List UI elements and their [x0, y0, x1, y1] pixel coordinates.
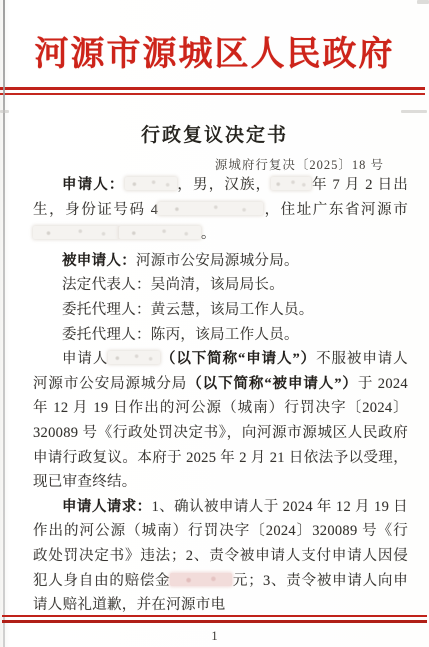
redaction-applicant-name [125, 177, 177, 190]
respondent-block: 被申请人：河源市公安局源城分局。 法定代表人：吴尚清，该局局长。 委托代理人：黄… [33, 249, 408, 347]
applicant-label: 申请人： [62, 177, 125, 193]
alias-respondent: （以下简称“被申请人”） [187, 376, 358, 392]
alias-applicant: （以下简称“申请人”） [160, 351, 316, 367]
document-body: 申请人：，男，汉族，年 7 月 2 日出生，身份证号码 4，住址广东省河源市。 … [0, 173, 429, 618]
applicant-period: 。 [201, 226, 216, 242]
redaction-birth-year [271, 177, 311, 190]
page-number: 1 [0, 629, 429, 644]
scanned-document-page: 河源市源城区人民政府 行政复议决定书 源城府行复决〔2025〕18 号 申请人：… [0, 0, 429, 647]
case-summary-rest: 于 2024 年 12 月 19 日作出的河公源（城南）行罚决字〔2024〕32… [33, 376, 408, 490]
letterhead-divider [0, 87, 425, 95]
authorized-agent-line-1: 委托代理人：黄云慧，该局工作人员。 [33, 298, 408, 323]
scan-artifact [417, 0, 429, 4]
legal-representative-line: 法定代表人：吴尚清，该局局长。 [33, 273, 408, 298]
page-edge-shadow [3, 0, 5, 647]
scan-artifact [401, 110, 427, 113]
applicant-paragraph: 申请人：，男，汉族，年 7 月 2 日出生，身份证号码 4，住址广东省河源市。 [33, 173, 408, 247]
respondent-label: 被申请人： [62, 253, 136, 269]
case-summary-paragraph: 申请人（以下简称“申请人”）不服被申请人河源市公安局源城分局（以下简称“被申请人… [33, 347, 408, 495]
document-title: 行政复议决定书 [0, 120, 429, 147]
document-number: 源城府行复决〔2025〕18 号 [0, 155, 429, 173]
redaction-address-1 [33, 226, 119, 239]
footer-divider [2, 615, 427, 623]
applicant-gender-ethnicity: ，男，汉族， [177, 177, 272, 193]
respondent-name: 河源市公安局源城分局。 [136, 253, 299, 269]
redaction-applicant-name-2 [108, 351, 160, 364]
redaction-id-number [158, 202, 263, 215]
redaction-compensation-amount [170, 573, 232, 586]
request-paragraph: 申请人请求：1、确认被申请人于 2024 年 12 月 19 日作出的河公源（城… [33, 495, 408, 618]
respondent-line: 被申请人：河源市公安局源城分局。 [33, 249, 408, 274]
redaction-address-2 [119, 226, 201, 239]
authorized-agent-line-2: 委托代理人：陈丙，该局工作人员。 [33, 323, 408, 348]
case-summary-pre: 申请人 [62, 351, 108, 367]
letterhead-org-name: 河源市源城区人民政府 [0, 0, 429, 75]
applicant-address: ，住址广东省河源市 [263, 202, 408, 218]
scan-artifact [0, 110, 9, 113]
request-label: 申请人请求： [62, 499, 152, 515]
